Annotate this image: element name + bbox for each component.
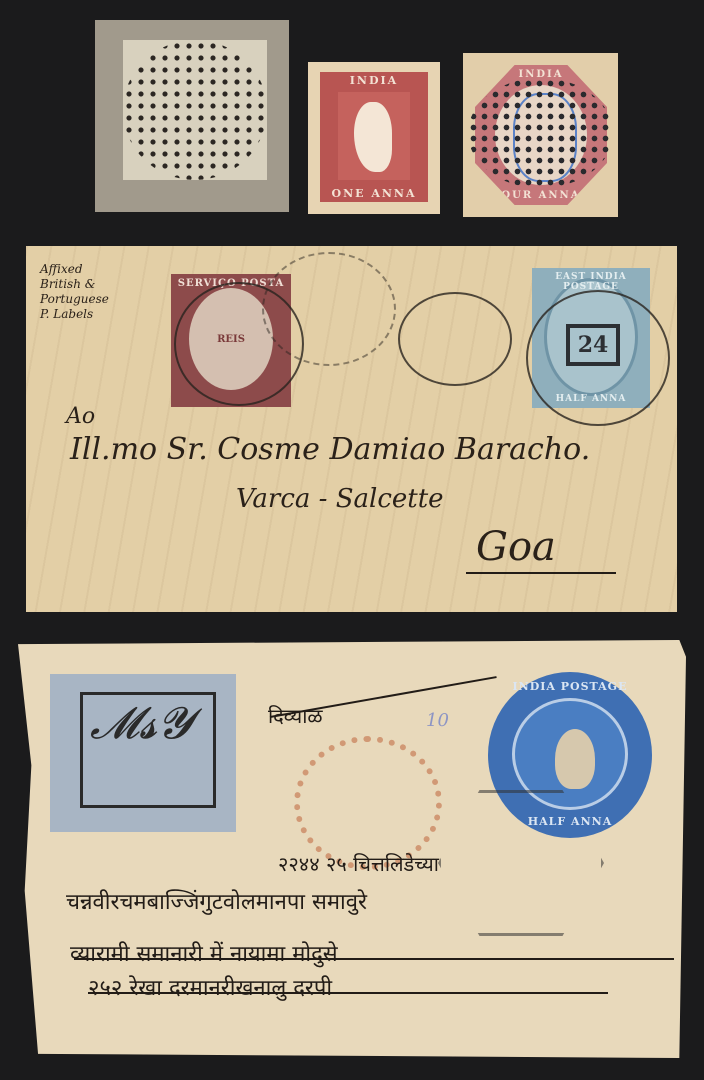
queen-portrait [338, 92, 410, 180]
circular-postmark [398, 292, 512, 386]
note-line: Affixed [40, 262, 170, 277]
note-line: Portuguese [40, 292, 170, 307]
script-line: २५२ रेखा दरमानरीखनालु दरपी [88, 972, 332, 1002]
double-ring-postmark [262, 252, 396, 366]
stamp-value: FOUR ANNAS [475, 190, 607, 201]
manuscript-note: Affixed British & Portuguese P. Labels [40, 262, 170, 322]
cover-goa: Affixed British & Portuguese P. Labels S… [26, 246, 677, 612]
stamp-value: ONE ANNA [320, 187, 428, 200]
embossed-stamp [123, 40, 267, 180]
script-line: चन्नवीरचमबाज्जिंगुटवोलमानपा समावुरे [66, 886, 367, 916]
stamp-frame: INDIA ONE ANNA [320, 72, 428, 202]
pen-underline [74, 958, 674, 960]
address-line-2: Varca - Salcette [236, 484, 444, 514]
embossed-stamp-piece [95, 20, 289, 212]
note-line: British & [40, 277, 170, 292]
note-line: P. Labels [40, 307, 170, 322]
underline-flourish [466, 572, 616, 574]
pen-underline [88, 992, 608, 994]
script-line: व्यारामी समानारी में नायामा मोदुसे [70, 938, 338, 968]
pen-stroke [270, 676, 497, 718]
dot-cancel [123, 40, 267, 180]
native-cover: 𝓜𝓼𝓨 दिव्याळ 10 INDIA POSTAGE HALF ANNA २… [18, 640, 686, 1058]
queen-head-icon [354, 102, 392, 172]
script-line: २२४४ २५ चित्तलिडेच्या [278, 850, 439, 877]
pencil-number: 10 [426, 710, 449, 731]
address-line-1: Ill.mo Sr. Cosme Damiao Baracho. [70, 432, 590, 467]
pen-cancel: 𝓜𝓼𝓨 [90, 698, 192, 749]
address-line-3: Goa [476, 524, 556, 570]
circular-postmark [526, 290, 670, 426]
stamp-header: EAST INDIA POSTAGE [532, 272, 650, 292]
blue-native-stamp: 𝓜𝓼𝓨 [50, 674, 236, 832]
stamp-one-anna: INDIA ONE ANNA [308, 62, 440, 214]
indicium-header: INDIA POSTAGE [488, 680, 652, 693]
stamp-header: INDIA [320, 74, 428, 87]
queen-head-icon [555, 729, 595, 789]
stamp-four-annas: INDIA FOUR ANNAS [463, 53, 618, 217]
dot-cancel [468, 78, 613, 188]
address-prefix: Ao [66, 404, 95, 429]
